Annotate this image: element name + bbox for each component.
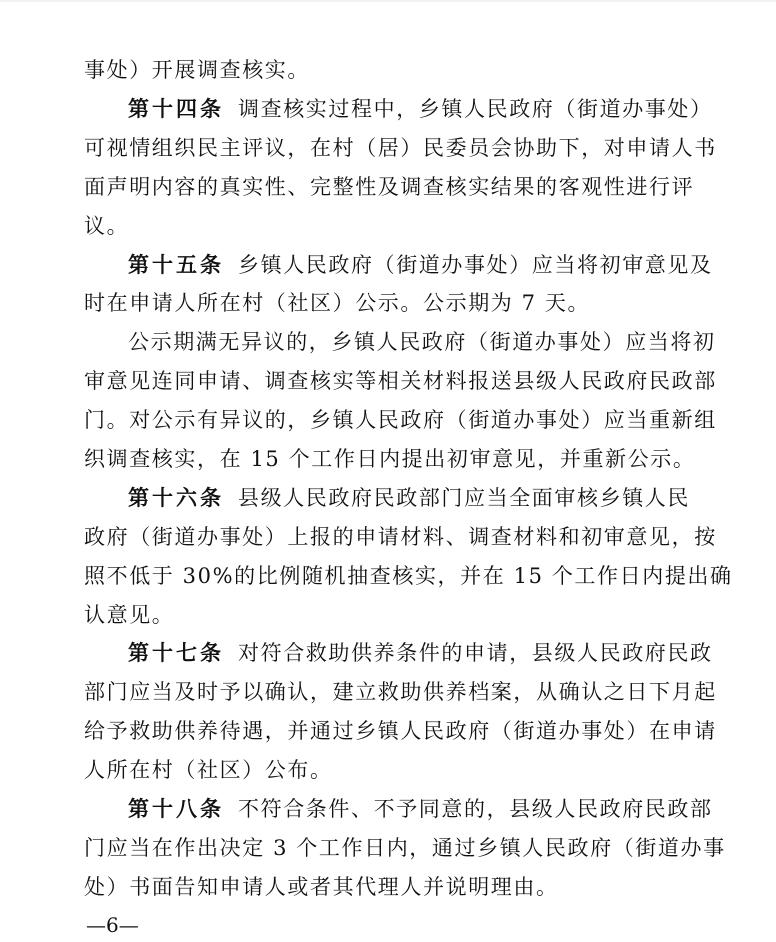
line-text: 门。对公示有异议的，乡镇人民政府（街道办事处）应当重新组 (84, 408, 717, 432)
line-text: 公示期满无异议的，乡镇人民政府（街道办事处）应当将初 (128, 330, 716, 354)
line-text: 照不低于 30%的比例随机抽查核实，并在 15 个工作日内提出确 (84, 564, 733, 588)
text-line: 给予救助供养待遇，并通过乡镇人民政府（街道办事处）在申请 (84, 716, 684, 746)
line-text: 面声明内容的真实性、完整性及调查核实结果的客观性进行评 (84, 175, 694, 199)
paragraph-start-line: 公示期满无异议的，乡镇人民政府（街道办事处）应当将初 (128, 327, 728, 357)
line-text: 审意见连同申请、调查核实等相关材料报送县级人民政府民政部 (84, 369, 717, 393)
page-number: —6— (86, 912, 139, 938)
text-line: 门应当在作出决定 3 个工作日内，通过乡镇人民政府（街道办事 (84, 833, 684, 863)
article-label: 第十四条 (128, 97, 224, 121)
article-16-heading-line: 第十六条县级人民政府民政部门应当全面审核乡镇人民 (128, 483, 728, 513)
text-line: 人所在村（社区）公布。 (84, 755, 684, 785)
text-line: 认意见。 (84, 600, 684, 630)
line-text: 不符合条件、不予同意的，县级人民政府民政部 (238, 797, 713, 821)
text-line: 议。 (84, 211, 684, 241)
line-text: 认意见。 (84, 603, 174, 627)
text-line: 织调查核实，在 15 个工作日内提出初审意见，并重新公示。 (84, 444, 684, 474)
article-label: 第十七条 (128, 641, 224, 665)
article-15-heading-line: 第十五条乡镇人民政府（街道办事处）应当将初审意见及 (128, 250, 728, 280)
page-top-edge (0, 0, 776, 2)
article-label: 第十五条 (128, 253, 224, 277)
article-label: 第十六条 (128, 486, 224, 510)
line-text: 乡镇人民政府（街道办事处）应当将初审意见及 (238, 253, 713, 277)
line-text: 事处）开展调查核实。 (84, 58, 310, 82)
line-text: 议。 (84, 214, 129, 238)
text-line: 面声明内容的真实性、完整性及调查核实结果的客观性进行评 (84, 172, 684, 202)
line-text: 人所在村（社区）公布。 (84, 758, 333, 782)
article-label: 第十八条 (128, 797, 224, 821)
line-text: 对符合救助供养条件的申请，县级人民政府民政 (238, 641, 713, 665)
line-text: 政府（街道办事处）上报的申请材料、调查材料和初审意见，按 (84, 525, 717, 549)
line-text: 调查核实过程中，乡镇人民政府（街道办事处） (238, 97, 713, 121)
text-line: 事处）开展调查核实。 (84, 55, 684, 85)
text-line: 时在申请人所在村（社区）公示。公示期为 7 天。 (84, 288, 684, 318)
text-line: 审意见连同申请、调查核实等相关材料报送县级人民政府民政部 (84, 366, 684, 396)
line-text: 时在申请人所在村（社区）公示。公示期为 7 天。 (84, 291, 590, 315)
document-page: 事处）开展调查核实。 第十四条调查核实过程中，乡镇人民政府（街道办事处） 可视情… (0, 0, 776, 942)
article-14-heading-line: 第十四条调查核实过程中，乡镇人民政府（街道办事处） (128, 94, 728, 124)
line-text: 县级人民政府民政部门应当全面审核乡镇人民 (238, 486, 690, 510)
line-text: 给予救助供养待遇，并通过乡镇人民政府（街道办事处）在申请 (84, 719, 717, 743)
article-17-heading-line: 第十七条对符合救助供养条件的申请，县级人民政府民政 (128, 638, 728, 668)
article-18-heading-line: 第十八条不符合条件、不予同意的，县级人民政府民政部 (128, 794, 728, 824)
text-line: 政府（街道办事处）上报的申请材料、调查材料和初审意见，按 (84, 522, 684, 552)
text-line: 门。对公示有异议的，乡镇人民政府（街道办事处）应当重新组 (84, 405, 684, 435)
line-text: 门应当在作出决定 3 个工作日内，通过乡镇人民政府（街道办事 (84, 836, 726, 860)
text-line: 部门应当及时予以确认，建立救助供养档案，从确认之日下月起 (84, 677, 684, 707)
line-text: 可视情组织民主评议，在村（居）民委员会协助下，对申请人书 (84, 136, 717, 160)
text-line: 可视情组织民主评议，在村（居）民委员会协助下，对申请人书 (84, 133, 684, 163)
text-line: 照不低于 30%的比例随机抽查核实，并在 15 个工作日内提出确 (84, 561, 684, 591)
line-text: 部门应当及时予以确认，建立救助供养档案，从确认之日下月起 (84, 680, 717, 704)
line-text: 织调查核实，在 15 个工作日内提出初审意见，并重新公示。 (84, 447, 695, 471)
text-line: 处）书面告知申请人或者其代理人并说明理由。 (84, 872, 684, 902)
line-text: 处）书面告知申请人或者其代理人并说明理由。 (84, 875, 559, 899)
